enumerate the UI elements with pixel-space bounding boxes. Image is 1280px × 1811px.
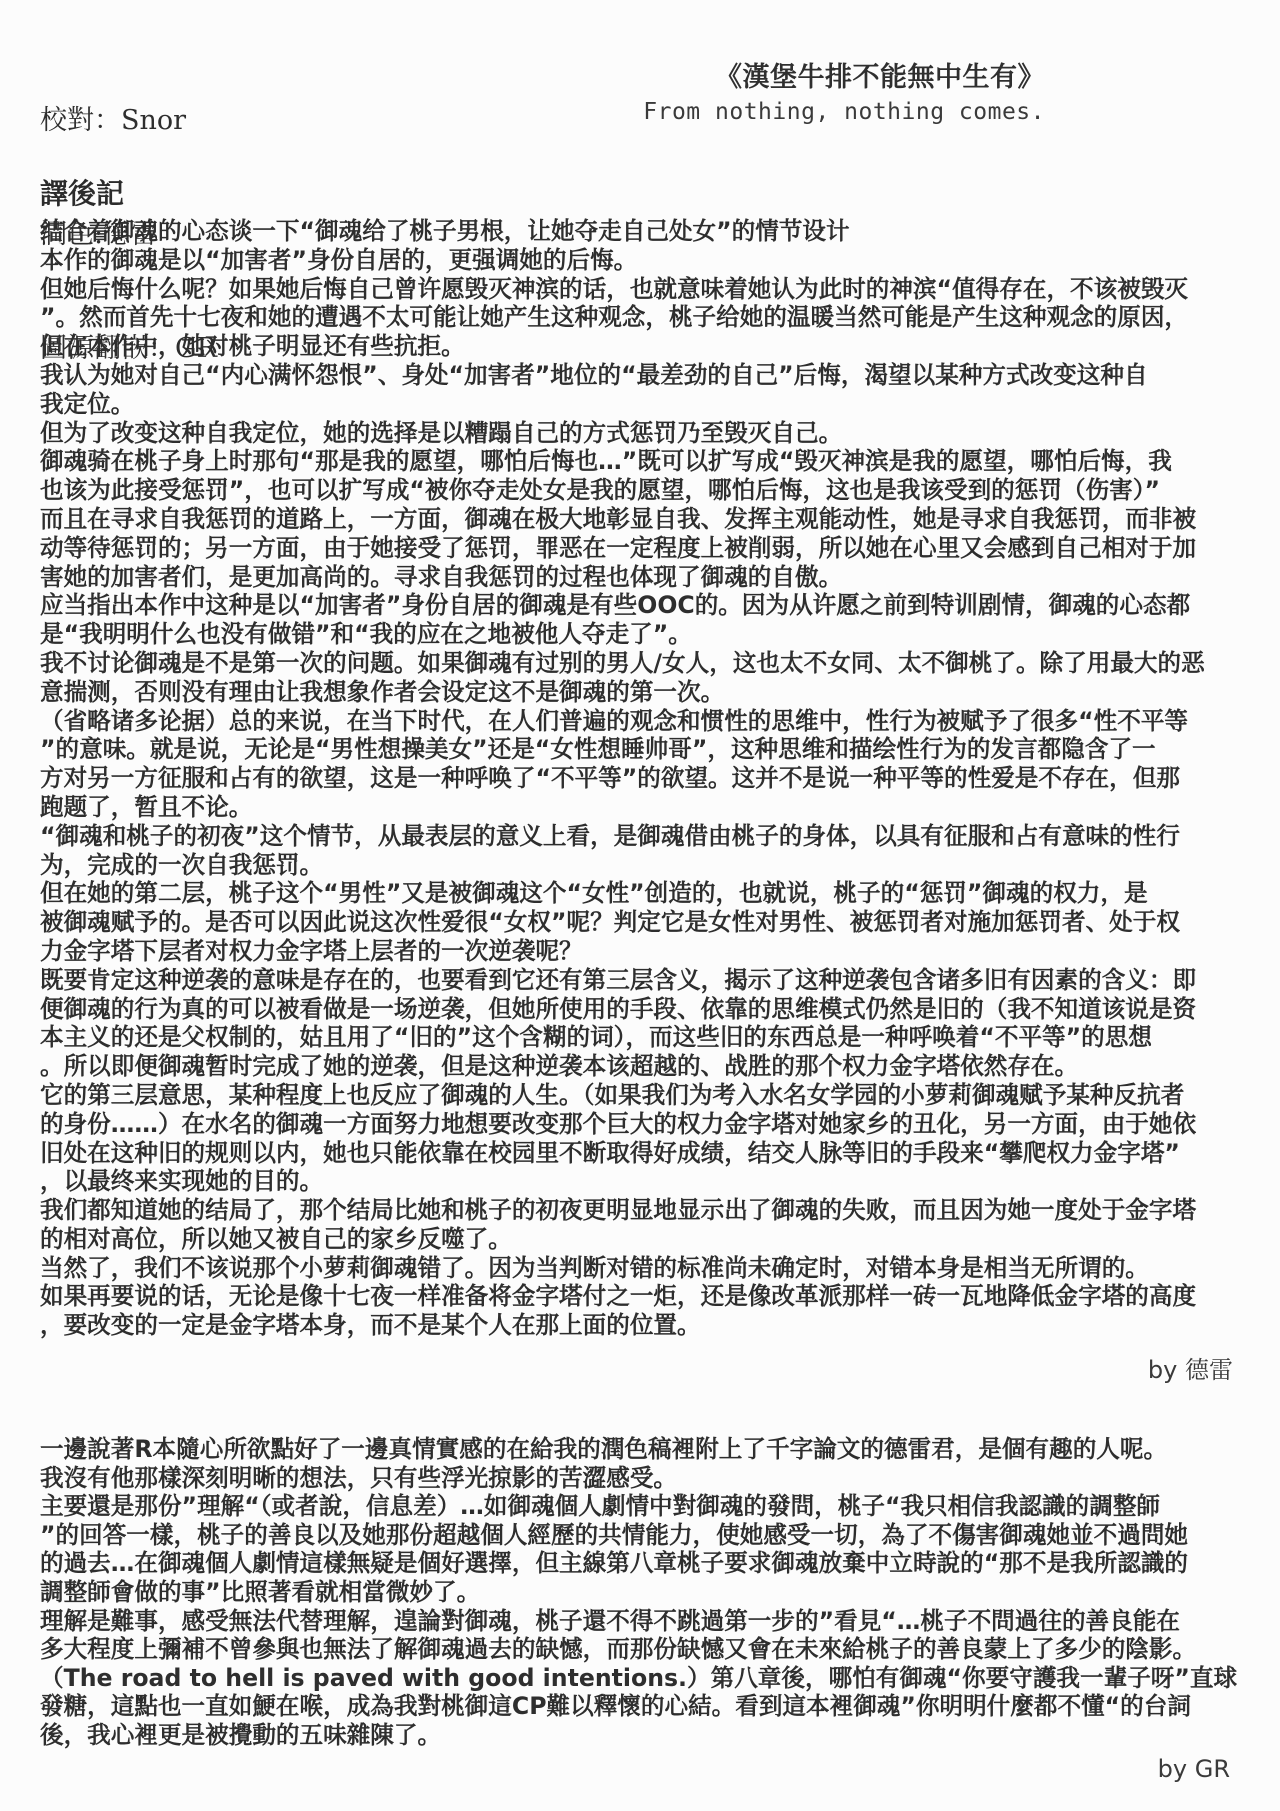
- credit-proofread: 校對：Snor: [40, 102, 217, 140]
- afterword-section-1: 结合着御魂的心态谈一下“御魂给了桃子男根，让她夺走自己处女”的情节设计 本作的御…: [40, 217, 1205, 1340]
- document-page: 校對：Snor 潤色:德雷 圖源翻嵌：GR 《漢堡牛排不能無中生有》 From …: [0, 0, 1280, 1811]
- signature-gr: by GR: [1158, 1755, 1230, 1783]
- afterword-section-2: 一邊說著R本隨心所欲點好了一邊真情實感的在給我的潤色稿裡附上了千字論文的德雷君，…: [40, 1435, 1237, 1750]
- work-title-chinese: 《漢堡牛排不能無中生有》: [643, 55, 1045, 94]
- signature-delei: by 德雷: [1148, 1350, 1233, 1385]
- afterword-heading: 譯後記: [40, 172, 124, 212]
- work-title-block: 《漢堡牛排不能無中生有》 From nothing, nothing comes…: [643, 55, 1045, 125]
- work-title-english: From nothing, nothing comes.: [643, 99, 1045, 125]
